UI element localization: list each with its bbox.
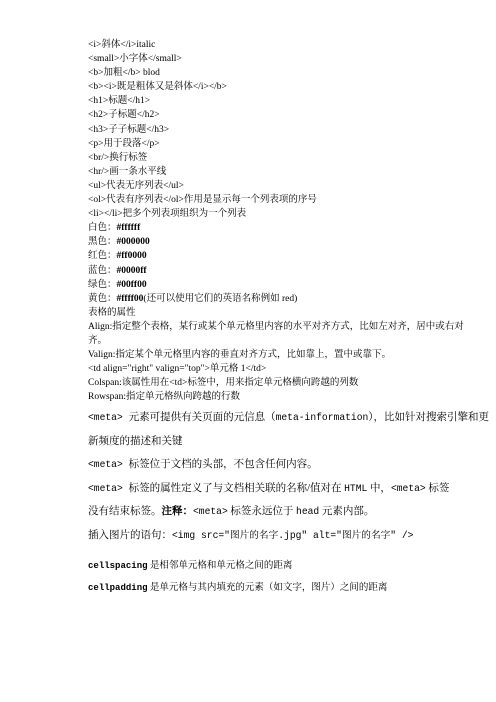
doc-line: cellpadding 是单元格与其内填充的元素（如文字，图片）之间的距离 xyxy=(88,577,490,599)
doc-line: <h1>标题</h1> xyxy=(88,94,490,108)
cell-spacing-notes: cellspacing 是相邻单元格和单元格之间的距离cellpadding 是… xyxy=(88,555,490,599)
text-segment: <small>小字体</small> xyxy=(88,54,182,64)
text-segment: <h3>子子标题</h3> xyxy=(88,125,169,135)
text-segment: 标签永远位于 xyxy=(228,506,296,517)
document-content: <i>斜体</i>italic<small>小字体</small><b>加粗</… xyxy=(88,38,490,599)
doc-line: <meta> 标签位于文档的头部，不包含任何内容。 xyxy=(88,453,490,477)
text-segment: <h2>子标题</h2> xyxy=(88,110,160,120)
text-segment: 插入图片的语句： xyxy=(88,530,172,541)
doc-line: <meta> 元素可提供有关页面的元信息（meta-information），比… xyxy=(88,406,490,430)
text-segment: 是单元格与其内填充的元素（如文字，图片）之间的距离 xyxy=(148,583,388,593)
text-segment: ），比如针对搜索引擎和更 xyxy=(368,412,489,423)
text-segment: <h1>标题</h1> xyxy=(88,96,150,106)
text-segment: 黑色： xyxy=(88,237,117,247)
text-segment: Valign:指定某个单元格里内容的垂直对齐方式，比如靠上，置中或靠下。 xyxy=(88,350,391,360)
text-segment: #0000ff xyxy=(117,266,147,276)
text-segment: 新频度的描述和关键 xyxy=(88,436,183,447)
doc-line: Colspan:该属性用在<td>标签中，用来指定单元格横向跨越的列数 xyxy=(88,376,490,390)
text-segment: <meta> xyxy=(88,412,129,423)
doc-line: <h2>子标题</h2> xyxy=(88,108,490,122)
text-segment: <img src="图片的名字.jpg" alt="图片的名字" /> xyxy=(172,530,413,541)
doc-line: Align:指定整个表格，某行或某个单元格里内容的水平对齐方式，比如左对齐，居中… xyxy=(88,320,490,334)
doc-line: 没有结束标签。注释：<meta> 标签永远位于 head 元素内部。 xyxy=(88,500,490,524)
text-segment: (还可以使用它们的英语名称例如 red) xyxy=(143,294,297,304)
text-segment: 元素内部。 xyxy=(319,506,374,517)
text-segment: <meta> xyxy=(88,483,129,494)
text-segment: <ol>代表有序列表</ol>作用是显示每一个列表项的序号 xyxy=(88,195,317,205)
text-segment: <p>用于段落</p> xyxy=(88,139,160,149)
doc-line: <ul>代表无序列表</ul> xyxy=(88,179,490,193)
doc-line: <li></li>把多个列表项组织为一个列表 xyxy=(88,207,490,221)
text-segment: 标签的属性定义了与文档相关联的名称/值对在 xyxy=(129,483,345,494)
text-segment: <i>斜体</i>italic xyxy=(88,40,155,50)
text-segment: <ul>代表无序列表</ul> xyxy=(88,181,184,191)
doc-line: 表格的属性 xyxy=(88,306,490,320)
doc-line: <i>斜体</i>italic xyxy=(88,38,490,52)
text-segment: <hr/>画一条水平线 xyxy=(88,167,166,177)
doc-line: 蓝色：#0000ff xyxy=(88,264,490,278)
doc-line: <p>用于段落</p> xyxy=(88,137,490,151)
doc-line: 白色：#ffffff xyxy=(88,221,490,235)
text-segment: 绿色： xyxy=(88,280,117,290)
text-segment: Align:指定整个表格，某行或某个单元格里内容的水平对齐方式，比如左对齐，居中… xyxy=(88,322,464,332)
doc-line: Rowspan:指定单元格纵向跨越的行数 xyxy=(88,390,490,404)
doc-line: 新频度的描述和关键 xyxy=(88,430,490,454)
text-segment: 蓝色： xyxy=(88,266,117,276)
text-segment: HTML xyxy=(344,483,367,494)
text-segment: 元素可提供有关页面的元信息（ xyxy=(129,412,276,423)
text-segment: cellspacing xyxy=(88,560,148,571)
doc-line: <meta> 标签的属性定义了与文档相关联的名称/值对在 HTML 中，<met… xyxy=(88,477,490,501)
doc-line: 黑色：#000000 xyxy=(88,235,490,249)
text-segment: 标签 xyxy=(426,483,450,494)
text-segment: cellpadding xyxy=(88,582,148,593)
text-segment: #000000 xyxy=(117,237,150,247)
text-segment: <meta> xyxy=(391,483,426,494)
text-segment: <b><i>既是粗体又是斜体</i></b> xyxy=(88,82,227,92)
doc-line: 绿色：#00ff00 xyxy=(88,278,490,292)
text-segment: #ffff00 xyxy=(117,294,144,304)
text-segment: 没有结束标签。 xyxy=(88,506,162,517)
text-segment: <b>加粗</b> blod xyxy=(88,68,160,78)
text-segment: 白色： xyxy=(88,223,117,233)
text-segment: <td align="right" valign="top">单元格 1</td… xyxy=(88,364,266,374)
doc-line: 齐。 xyxy=(88,334,490,348)
text-segment: 表格的属性 xyxy=(88,308,136,318)
text-segment: head xyxy=(296,506,319,517)
text-segment: 注释： xyxy=(162,506,194,517)
text-segment: 是相邻单元格和单元格之间的距离 xyxy=(148,561,293,571)
doc-line: Valign:指定某个单元格里内容的垂直对齐方式，比如靠上，置中或靠下。 xyxy=(88,348,490,362)
document-page: <i>斜体</i>italic<small>小字体</small><b>加粗</… xyxy=(0,0,496,702)
text-segment: <meta> xyxy=(88,459,129,470)
text-segment: 齐。 xyxy=(88,336,107,346)
text-segment: <br/>换行标签 xyxy=(88,153,147,163)
text-segment: #ffffff xyxy=(117,223,141,233)
text-segment: <meta> xyxy=(193,506,228,517)
doc-line: 红色：#ff0000 xyxy=(88,249,490,263)
doc-line: <h3>子子标题</h3> xyxy=(88,123,490,137)
doc-line: 黄色：#ffff00(还可以使用它们的英语名称例如 red) xyxy=(88,292,490,306)
html-notes-list: <i>斜体</i>italic<small>小字体</small><b>加粗</… xyxy=(88,38,490,404)
doc-line: <b><i>既是粗体又是斜体</i></b> xyxy=(88,80,490,94)
text-segment: 黄色： xyxy=(88,294,117,304)
doc-line: 插入图片的语句：<img src="图片的名字.jpg" alt="图片的名字"… xyxy=(88,524,490,548)
doc-line: <b>加粗</b> blod xyxy=(88,66,490,80)
meta-paragraphs: <meta> 元素可提供有关页面的元信息（meta-information），比… xyxy=(88,406,490,547)
text-segment: 标签位于文档的头部，不包含任何内容。 xyxy=(129,459,318,470)
text-segment: #00ff00 xyxy=(117,280,147,290)
doc-line: <hr/>画一条水平线 xyxy=(88,165,490,179)
text-segment: 中， xyxy=(367,483,391,494)
text-segment: #ff0000 xyxy=(117,251,147,261)
text-segment: 红色： xyxy=(88,251,117,261)
doc-line: <ol>代表有序列表</ol>作用是显示每一个列表项的序号 xyxy=(88,193,490,207)
text-segment: <li></li>把多个列表项组织为一个列表 xyxy=(88,209,246,219)
doc-line: cellspacing 是相邻单元格和单元格之间的距离 xyxy=(88,555,490,577)
text-segment: Rowspan:指定单元格纵向跨越的行数 xyxy=(88,392,240,402)
doc-line: <small>小字体</small> xyxy=(88,52,490,66)
doc-line: <td align="right" valign="top">单元格 1</td… xyxy=(88,362,490,376)
text-segment: meta-information xyxy=(276,412,369,423)
text-segment: Colspan:该属性用在<td>标签中，用来指定单元格横向跨越的列数 xyxy=(88,378,358,388)
doc-line: <br/>换行标签 xyxy=(88,151,490,165)
